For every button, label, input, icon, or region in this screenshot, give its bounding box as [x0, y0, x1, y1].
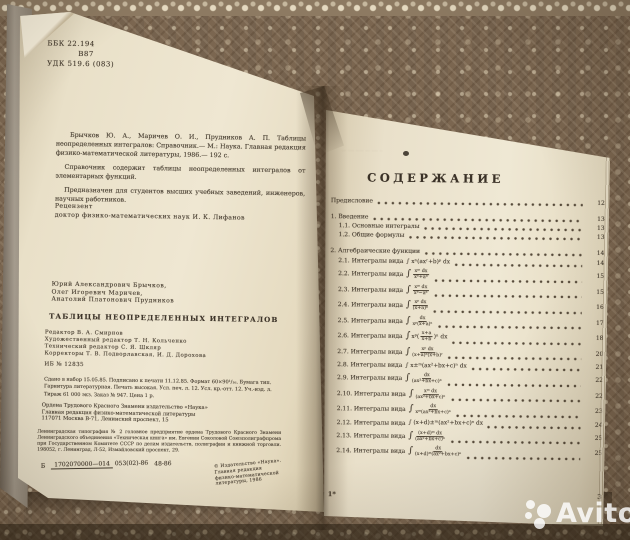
code-suffix: 48-86 [154, 460, 171, 467]
formula-text: xᵖ( [411, 334, 419, 340]
formula-fraction: xᵐ dxxⁿ−aⁿ [413, 285, 429, 296]
authors-block: Юрий Александрович Брычков, Олег Игореви… [51, 281, 174, 306]
author-name: Анатолий Платонович Прудников [51, 296, 174, 306]
code-numerator: 1702070000—014 [51, 460, 113, 469]
formula-fraction: xᵖ dx(x+a)ⁿ [413, 300, 429, 311]
toc-entry-formula: ∫xᵖ(x+ax+b)ⁿ dx [406, 331, 448, 342]
integral-sign: ∫ [409, 405, 414, 414]
contents-heading: СОДЕРЖАНИЕ [367, 170, 504, 185]
fraction-denominator: (ax²+bx+c)ⁿ [412, 379, 442, 384]
toc-entry-page: 14 [586, 250, 604, 257]
toc-entry-page: 14 [586, 260, 604, 267]
fraction-denominator: xᵖ(x+a)ⁿ [412, 322, 432, 327]
toc-entry-label: 1.1. Основные интегралы [339, 222, 420, 230]
formula-fraction: (x+d)ᵐ dx(ax²+bx+c)ⁿ [415, 431, 445, 442]
credit-line: Корректоры Т. В. Подворлавская, И. Д. До… [45, 350, 207, 360]
toc-entry-page: 12 [587, 200, 605, 207]
publisher-block: Ордена Трудового Красного Знамени издате… [41, 402, 291, 426]
formula-text: ∫ x±ᵐ(ax²+bx+c)ⁿ dx [405, 362, 466, 369]
dotted-leader [487, 423, 581, 430]
dotted-leader [466, 454, 580, 461]
fraction-denominator: xⁿ−aⁿ [414, 291, 428, 296]
toc-row: Предисловие12 [331, 196, 605, 208]
avito-watermark: Avito [524, 498, 630, 530]
book-gutter-shadow [296, 86, 348, 530]
citation-paragraph: Брычков Ю. А., Маричев О. И., Прудников … [56, 131, 306, 162]
toc-entry-page: 16 [586, 304, 604, 311]
formula-text: )ⁿ dx [434, 334, 448, 340]
toc-entry-page: 22 [585, 393, 603, 400]
integral-sign: ∫ [406, 301, 411, 310]
toc-entry-formula: ∫xᵐ dxxⁿ−aⁿ [406, 285, 430, 296]
toc-entry-formula: ∫dxxᵐ(ax²+bx+c)ⁿ [409, 404, 452, 416]
table-of-contents: Предисловие121. Введение131.1. Основные … [328, 196, 605, 461]
formula-fraction: xᵐ dxxⁿ+aⁿ [413, 269, 429, 280]
right-page: ··· ···· ····· ··· ···· ·· СОДЕРЖАНИЕ Пр… [322, 96, 614, 532]
avito-watermark-text: Avito [556, 498, 630, 530]
toc-entry-page: 22 [585, 377, 603, 384]
fraction-denominator: (ax²+bx+c)ⁿ [416, 395, 446, 400]
ink-showthrough: ··· ···· ····· ··· ···· ·· [341, 148, 571, 160]
toc-row: 2.14. Интегралы вида∫dx(x+d)ᵐ(ax²+bx+c)ⁿ… [328, 443, 602, 461]
toc-entry-page: 20 [585, 351, 603, 358]
copyright-block: © Издательство «Наука». Главная редакция… [214, 459, 283, 488]
toc-entry-formula: ∫ x±ᵐ(ax²+bx+c)ⁿ dx [405, 362, 466, 369]
toc-entry-label: 2.1. Интегралы вида [338, 257, 403, 265]
integral-sign: ∫ [405, 374, 410, 383]
dotted-leader [456, 412, 581, 419]
toc-entry-formula: ∫ (x+d)±ᵐ(ax²+bx+c)ⁿ dx [409, 420, 484, 427]
fraction-denominator: xᵐ(ax²+bx+c)ⁿ [415, 410, 451, 415]
integral-sign: ∫ [406, 332, 411, 341]
bbk-line: УДК 519.6 (083) [47, 58, 114, 69]
dotted-leader [471, 366, 581, 373]
integral-sign: ∫ [406, 286, 411, 295]
toc-entry-page: 13 [586, 234, 604, 241]
toc-entry-formula: ∫xᵖ dx(x+a)ⁿ(x+b)ʳ [405, 347, 443, 358]
reviewer-name: доктор физико-математических наук И. К. … [55, 211, 245, 222]
toc-entry-label: 1.2. Общие формулы [339, 231, 405, 239]
dotted-leader [408, 234, 582, 242]
toc-entry-page: 23 [585, 408, 603, 415]
imprint-block: Сдано в набор 15.05.85. Подписано к печа… [44, 376, 306, 402]
tablecloth-ornate-band [0, 0, 630, 16]
fraction-denominator: (x+a)ⁿ [413, 306, 428, 311]
formula-text: ∫ xⁿ(axʳ+b)ᵖ dx [406, 258, 450, 264]
toc-entry-formula: ∫dx(ax²+bx+c)ⁿ [405, 373, 443, 384]
toc-entry-formula: ∫xᵐ dxxⁿ+aⁿ [406, 269, 430, 280]
formula-fraction: dx(ax²+bx+c)ⁿ [412, 373, 442, 384]
toc-entry-formula: ∫dx(x+d)ᵐ(ax²+bx+c)ⁿ [408, 446, 462, 458]
ink-speck [403, 151, 409, 156]
dotted-leader [377, 200, 583, 208]
book-title: ТАБЛИЦЫ НЕОПРЕДЕЛЕННЫХ ИНТЕГРАЛОВ [49, 312, 278, 325]
toc-entry-page: 24 [585, 421, 603, 428]
catalog-code: Б 1702070000—014 053(02)-86 48-86 [41, 460, 172, 470]
toc-entry-page: 25 [584, 435, 602, 442]
toc-entry-page: 15 [586, 289, 604, 296]
integral-sign: ∫ [409, 390, 414, 399]
integral-sign: ∫ [406, 317, 411, 326]
annotation-block: Брычков Ю. А., Маричев О. И., Прудников … [55, 131, 306, 213]
toc-entry-page: 15 [586, 273, 604, 280]
toc-entry-page: 25 [584, 450, 602, 457]
toc-entry-page: 21 [585, 364, 603, 371]
fraction-denominator: (x+a)ⁿ(x+b)ʳ [412, 353, 443, 358]
credits-block: Редактор В. А. Смирнов Художественный ре… [45, 329, 207, 360]
code-denominator: 053(02)-86 [115, 460, 149, 468]
toc-entry-page: 13 [587, 225, 605, 232]
formula-fraction: dxxᵖ(x+a)ⁿ [412, 316, 432, 327]
reviewer-block: Рецензент доктор физико-математических н… [55, 203, 245, 223]
formula-fraction: dx(x+d)ᵐ(ax²+bx+c)ⁿ [415, 446, 461, 458]
bbk-line: ББК 22.194 [47, 38, 114, 49]
fraction-denominator: xⁿ+aⁿ [414, 275, 428, 280]
toc-entry-formula: ∫dxxᵖ(x+a)ⁿ [406, 316, 434, 327]
integral-sign: ∫ [406, 270, 411, 279]
fraction-denominator: (x+d)ᵐ(ax²+bx+c)ⁿ [415, 452, 461, 458]
toc-entry-formula: ∫(x+d)ᵐ dx(ax²+bx+c)ⁿ [408, 431, 446, 442]
fraction-denominator: (ax²+bx+c)ⁿ [415, 437, 445, 442]
formula-fraction: xᵖ dx(x+a)ⁿ(x+b)ʳ [412, 347, 443, 358]
formula-fraction: dxxᵐ(ax²+bx+c)ⁿ [415, 404, 451, 415]
integral-sign: ∫ [408, 447, 413, 456]
bbk-udk-block: ББК 22.194 В87 УДК 519.6 (083) [47, 38, 114, 69]
summary-paragraph: Справочник содержит таблицы неопределенн… [55, 163, 305, 185]
formula-fraction: xᵐ dx(ax²+bx+c)ⁿ [416, 389, 446, 400]
fraction-denominator: x+b [422, 337, 432, 342]
toc-entry-page: 18 [585, 335, 603, 342]
integral-sign: ∫ [405, 348, 410, 357]
printing-house-paragraph: Ленинградская типография № 2 головное пр… [37, 430, 281, 456]
code-prefix: Б [41, 463, 46, 470]
formula-text: ∫ (x+d)±ᵐ(ax²+bx+c)ⁿ dx [409, 420, 484, 427]
formula-fraction: x+ax+b [420, 331, 433, 342]
toc-entry-formula: ∫xᵐ dx(ax²+bx+c)ⁿ [409, 389, 447, 400]
toc-entry-formula: ∫ xⁿ(axʳ+b)ᵖ dx [406, 258, 450, 264]
avito-logo-icon [524, 498, 556, 530]
ib-number: ИБ № 12835 [44, 361, 84, 368]
integral-sign: ∫ [408, 432, 413, 441]
toc-entry-page: 17 [586, 320, 604, 327]
toc-entry-page: 13 [587, 216, 605, 223]
toc-entry-formula: ∫xᵖ dx(x+a)ⁿ [406, 300, 429, 311]
code-fraction: 1702070000—014 053(02)-86 [51, 461, 148, 470]
